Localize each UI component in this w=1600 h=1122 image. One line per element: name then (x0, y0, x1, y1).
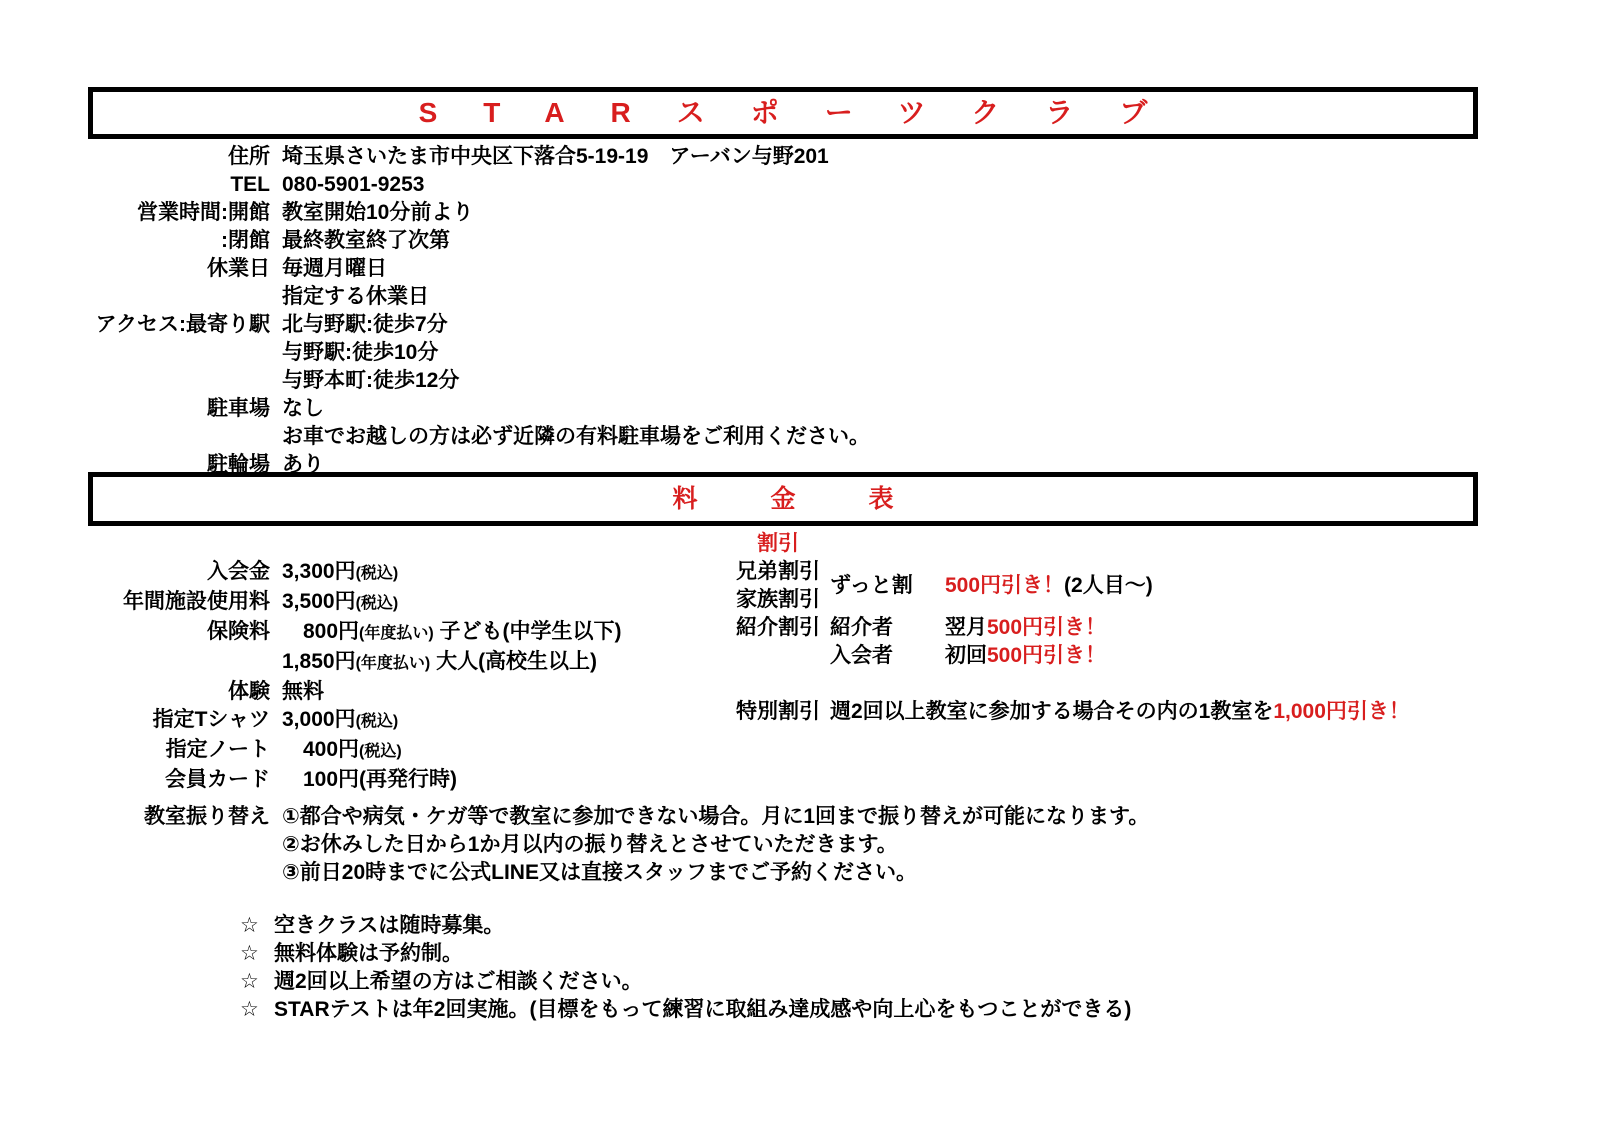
fee-label: 年間施設使用料 (80, 588, 270, 618)
info-value: 与野駅:徒歩10分 (282, 339, 438, 367)
info-row: 住所埼玉県さいたま市中央区下落合5-19-19 アーバン与野201 (80, 143, 870, 171)
fee-segment: 子ども(中学生以下) (434, 620, 622, 643)
transfer-text: ②お休みした日から1か月以内の振り替えとさせていただきます。 (282, 831, 898, 859)
note-row: ☆空きクラスは随時募集。 (240, 912, 1131, 940)
fee-label: 会員カード (80, 766, 270, 794)
fee-label (80, 648, 270, 678)
fee-label: 体験 (80, 678, 270, 706)
star-bullet-icon: ☆ (240, 912, 274, 940)
info-value: お車でお越しの方は必ず近隣の有料駐車場をご利用ください。 (282, 423, 870, 451)
transfer-label (80, 859, 270, 887)
fee-segment: 100円(再発行時) (282, 768, 457, 791)
class-transfer-section: 教室振り替え①都合や病気・ケガ等で教室に参加できない場合。月に1回まで振り替えが… (80, 803, 1149, 887)
info-label: 住所 (80, 143, 270, 171)
info-label: 営業時間:開館 (80, 199, 270, 227)
fee-segment: (税込) (359, 743, 402, 760)
fee-segment: (年度払い) (356, 655, 431, 672)
referral-party: 紹介者 (830, 614, 945, 642)
note-text: 空きクラスは随時募集。 (274, 912, 504, 940)
fee-label: 入会金 (80, 558, 270, 588)
info-value: 最終教室終了次第 (282, 227, 450, 255)
info-row: 与野駅:徒歩10分 (80, 339, 870, 367)
fee-segment: (税込) (356, 565, 399, 582)
referral-party: 入会者 (830, 642, 945, 670)
fee-value: 3,000円(税込) (282, 706, 398, 736)
fee-row: 指定ノート 400円(税込) (80, 736, 622, 766)
fee-segment: 800円 (282, 620, 359, 643)
info-label: :閉館 (80, 227, 270, 255)
discount-name: ずっと割 (830, 572, 945, 600)
fee-value: 無料 (282, 678, 324, 706)
transfer-text: ①都合や病気・ケガ等で教室に参加できない場合。月に1回まで振り替えが可能になりま… (282, 803, 1149, 831)
fee-list: 入会金3,300円(税込)年間施設使用料3,500円(税込)保険料 800円(年… (80, 558, 622, 794)
info-label: TEL (80, 171, 270, 199)
fee-value: 400円(税込) (282, 736, 402, 766)
info-value: 指定する休業日 (282, 283, 429, 311)
fee-segment: 大人(高校生以上) (430, 650, 597, 673)
discount-label: 兄弟割引 (700, 558, 820, 586)
transfer-row: ②お休みした日から1か月以内の振り替えとさせていただきます。 (80, 831, 1149, 859)
star-bullet-icon: ☆ (240, 968, 274, 996)
info-row: アクセス:最寄り駅北与野駅:徒歩7分 (80, 311, 870, 339)
discount-label: 紹介割引 (700, 614, 820, 642)
fee-row: 指定Tシャツ3,000円(税込) (80, 706, 622, 736)
special-discount: 特別割引週2回以上教室に参加する場合その内の1教室を1,000円引き！ (700, 698, 1410, 726)
info-value: 与野本町:徒歩12分 (282, 367, 459, 395)
info-value: なし (282, 395, 324, 423)
discount-section-header: 割引 (757, 530, 799, 558)
info-row: お車でお越しの方は必ず近隣の有料駐車場をご利用ください。 (80, 423, 870, 451)
fee-segment: 400円 (282, 738, 359, 761)
fee-value: 800円(年度払い) 子ども(中学生以下) (282, 618, 622, 648)
discount-value: 初回500円引き！ (945, 642, 1106, 670)
discount-label: 家族割引 (700, 586, 820, 614)
referral-row: 入会者初回500円引き！ (700, 642, 1106, 670)
note-row: ☆週2回以上希望の方はご相談ください。 (240, 968, 1131, 996)
info-label (80, 283, 270, 311)
discount-label: 特別割引 (700, 698, 820, 726)
note-text: 週2回以上希望の方はご相談ください。 (274, 968, 643, 996)
info-label: 休業日 (80, 255, 270, 283)
fee-label: 保険料 (80, 618, 270, 648)
sibling-family-labels: 兄弟割引家族割引 (700, 558, 820, 614)
price-table-title: 料 金 表 (648, 485, 917, 513)
discount-highlight: 500円引き！ (945, 574, 1064, 597)
fee-segment: 3,500円 (282, 590, 356, 613)
info-label (80, 367, 270, 395)
fee-value: 100円(再発行時) (282, 766, 457, 794)
info-value: 北与野駅:徒歩7分 (282, 311, 448, 339)
sibling-family-discount: 兄弟割引家族割引ずっと割500円引き！(2人目～) (700, 558, 1153, 614)
fee-label: 指定Tシャツ (80, 706, 270, 736)
info-label: 駐車場 (80, 395, 270, 423)
info-value: 毎週月曜日 (282, 255, 387, 283)
discount-value: 500円引き！(2人目～) (945, 572, 1153, 600)
transfer-row: 教室振り替え①都合や病気・ケガ等で教室に参加できない場合。月に1回まで振り替えが… (80, 803, 1149, 831)
info-label: アクセス:最寄り駅 (80, 311, 270, 339)
note-text: STARテストは年2回実施。(目標をもって練習に取組み達成感や向上心をもつことが… (274, 996, 1131, 1024)
discount-label (700, 642, 820, 670)
discount-segment: 週2回以上教室に参加する場合その内の1教室を (830, 700, 1273, 723)
referral-row: 紹介割引紹介者翌月500円引き！ (700, 614, 1106, 642)
transfer-label: 教室振り替え (80, 803, 270, 831)
fee-value: 3,500円(税込) (282, 588, 398, 618)
info-row: 駐車場なし (80, 395, 870, 423)
info-row: TEL080-5901-9253 (80, 171, 870, 199)
star-bullet-icon: ☆ (240, 996, 274, 1024)
discount-segment: (2人目～) (1064, 574, 1153, 597)
discount-highlight: 500円引き！ (987, 616, 1106, 639)
fee-value: 1,850円(年度払い) 大人(高校生以上) (282, 648, 597, 678)
transfer-row: ③前日20時までに公式LINE又は直接スタッフまでご予約ください。 (80, 859, 1149, 887)
note-row: ☆無料体験は予約制。 (240, 940, 1131, 968)
notes-section: ☆空きクラスは随時募集。☆無料体験は予約制。☆週2回以上希望の方はご相談ください… (240, 912, 1131, 1024)
fee-segment: 3,000円 (282, 708, 356, 731)
fee-row: 保険料 800円(年度払い) 子ども(中学生以下) (80, 618, 622, 648)
discount-value: 翌月500円引き！ (945, 614, 1106, 642)
discount-highlight: 500円引き！ (987, 644, 1106, 667)
info-row: :閉館最終教室終了次第 (80, 227, 870, 255)
note-text: 無料体験は予約制。 (274, 940, 463, 968)
info-value: 080-5901-9253 (282, 171, 424, 199)
referral-discount: 紹介割引紹介者翌月500円引き！入会者初回500円引き！ (700, 614, 1106, 670)
fee-segment: 無料 (282, 680, 324, 703)
fee-segment: (税込) (356, 713, 399, 730)
discount-segment: 初回 (945, 644, 987, 667)
info-label (80, 339, 270, 367)
transfer-label (80, 831, 270, 859)
info-row: 休業日毎週月曜日 (80, 255, 870, 283)
price-table-title-box: 料 金 表 (88, 472, 1478, 526)
fee-row: 体験無料 (80, 678, 622, 706)
discount-highlight: 1,000円引き！ (1273, 700, 1410, 723)
transfer-text: ③前日20時までに公式LINE又は直接スタッフまでご予約ください。 (282, 859, 917, 887)
fee-segment: 1,850円 (282, 650, 356, 673)
fee-segment: (年度払い) (359, 625, 434, 642)
club-info-section: 住所埼玉県さいたま市中央区下落合5-19-19 アーバン与野201TEL080-… (80, 143, 870, 479)
fee-row: 会員カード 100円(再発行時) (80, 766, 622, 794)
star-bullet-icon: ☆ (240, 940, 274, 968)
fee-row: 1,850円(年度払い) 大人(高校生以上) (80, 648, 622, 678)
info-value: 教室開始10分前より (282, 199, 473, 227)
discount-segment: 翌月 (945, 616, 987, 639)
note-row: ☆STARテストは年2回実施。(目標をもって練習に取組み達成感や向上心をもつこと… (240, 996, 1131, 1024)
fee-label: 指定ノート (80, 736, 270, 766)
club-title: STARスポーツクラブ (373, 99, 1194, 127)
club-title-box: STARスポーツクラブ (88, 87, 1478, 139)
discount-value: 週2回以上教室に参加する場合その内の1教室を1,000円引き！ (830, 698, 1410, 726)
price-sheet-page: STARスポーツクラブ 住所埼玉県さいたま市中央区下落合5-19-19 アーバン… (0, 0, 1600, 1122)
info-row: 指定する休業日 (80, 283, 870, 311)
info-value: 埼玉県さいたま市中央区下落合5-19-19 アーバン与野201 (282, 143, 829, 171)
fee-segment: (税込) (356, 595, 399, 612)
fee-row: 入会金3,300円(税込) (80, 558, 622, 588)
fee-value: 3,300円(税込) (282, 558, 398, 588)
info-row: 与野本町:徒歩12分 (80, 367, 870, 395)
info-row: 営業時間:開館教室開始10分前より (80, 199, 870, 227)
info-label (80, 423, 270, 451)
fee-segment: 3,300円 (282, 560, 356, 583)
fee-row: 年間施設使用料3,500円(税込) (80, 588, 622, 618)
